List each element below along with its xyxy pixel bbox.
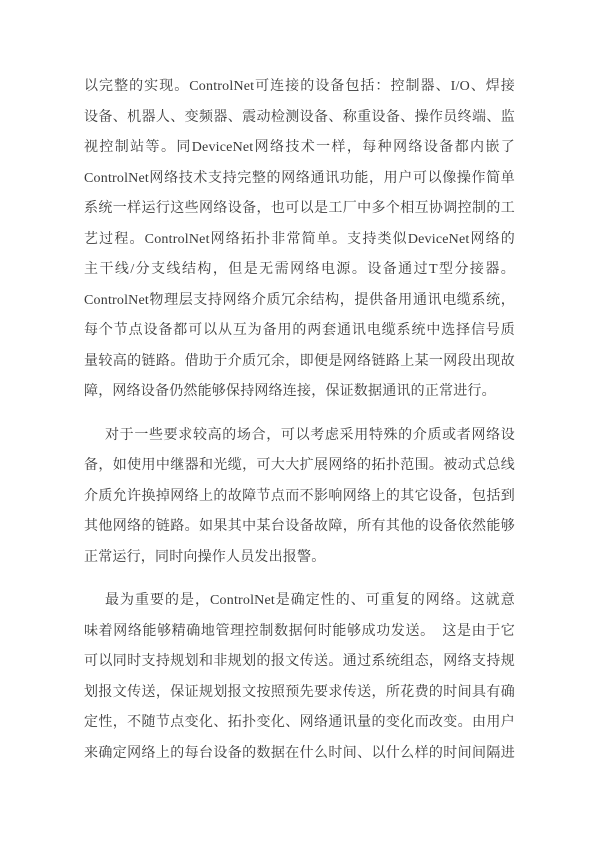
text-line: 来确定网络上的每台设备的数据在什么时间、以什么样的时间间隔进 bbox=[84, 739, 515, 770]
document-page: 以完整的实现。ControlNet可连接的设备包括：控制器、I/O、焊接 设备、… bbox=[0, 0, 596, 842]
text-line: 每个节点设备都可以从互为备用的两套通讯电缆系统中选择信号质 bbox=[84, 316, 515, 347]
text-line: 设备、机器人、变频器、震动检测设备、称重设备、操作员终端、监 bbox=[84, 103, 515, 134]
text-line: 最为重要的是，ControlNet是确定性的、可重复的网络。这就意 bbox=[84, 586, 515, 617]
text-line: 介质允许换掉网络上的故障节点而不影响网络上的其它设备，包括到 bbox=[84, 482, 515, 513]
text-line: 备，如使用中继器和光缆，可大大扩展网络的拓扑范围。被动式总线 bbox=[84, 451, 515, 482]
text-line: 正常运行，同时向操作人员发出报警。 bbox=[84, 543, 515, 574]
text-line: 味着网络能够精确地管理控制数据何时能够成功发送。 这是由于它 bbox=[84, 617, 515, 648]
paragraph: 最为重要的是，ControlNet是确定性的、可重复的网络。这就意 味着网络能够… bbox=[84, 586, 515, 769]
text-line: 量较高的链路。借助于介质冗余，即便是网络链路上某一网段出现故 bbox=[84, 347, 515, 378]
text-line: 对于一些要求较高的场合，可以考虑采用特殊的介质或者网络设 bbox=[84, 421, 515, 452]
text-line: 视控制站等。同DeviceNet网络技术一样，每种网络设备都内嵌了 bbox=[84, 133, 515, 164]
text-line: 定性，不随节点变化、拓扑变化、网络通讯量的变化而改变。由用户 bbox=[84, 708, 515, 739]
document-text-body: 以完整的实现。ControlNet可连接的设备包括：控制器、I/O、焊接 设备、… bbox=[84, 72, 515, 782]
paragraph: 对于一些要求较高的场合，可以考虑采用特殊的介质或者网络设 备，如使用中继器和光缆… bbox=[84, 421, 515, 574]
paragraph: 以完整的实现。ControlNet可连接的设备包括：控制器、I/O、焊接 设备、… bbox=[84, 72, 515, 408]
text-line: 其他网络的链路。如果其中某台设备故障，所有其他的设备依然能够 bbox=[84, 512, 515, 543]
text-line: 艺过程。ControlNet网络拓扑非常简单。支持类似DeviceNet网络的 bbox=[84, 225, 515, 256]
text-line: 主干线/分支线结构，但是无需网络电源。设备通过T型分接器。 bbox=[84, 255, 515, 286]
text-line: 以完整的实现。ControlNet可连接的设备包括：控制器、I/O、焊接 bbox=[84, 72, 515, 103]
text-line: ControlNet网络技术支持完整的网络通讯功能，用户可以像操作简单 bbox=[84, 164, 515, 195]
text-line: 可以同时支持规划和非规划的报文传送。通过系统组态，网络支持规 bbox=[84, 647, 515, 678]
text-line: 障，网络设备仍然能够保持网络连接，保证数据通讯的正常进行。 bbox=[84, 377, 515, 408]
text-line: ControlNet物理层支持网络介质冗余结构，提供备用通讯电缆系统， bbox=[84, 286, 515, 317]
text-line: 系统一样运行这些网络设备，也可以是工厂中多个相互协调控制的工 bbox=[84, 194, 515, 225]
text-line: 划报文传送，保证规划报文按照预先要求传送，所花费的时间具有确 bbox=[84, 678, 515, 709]
